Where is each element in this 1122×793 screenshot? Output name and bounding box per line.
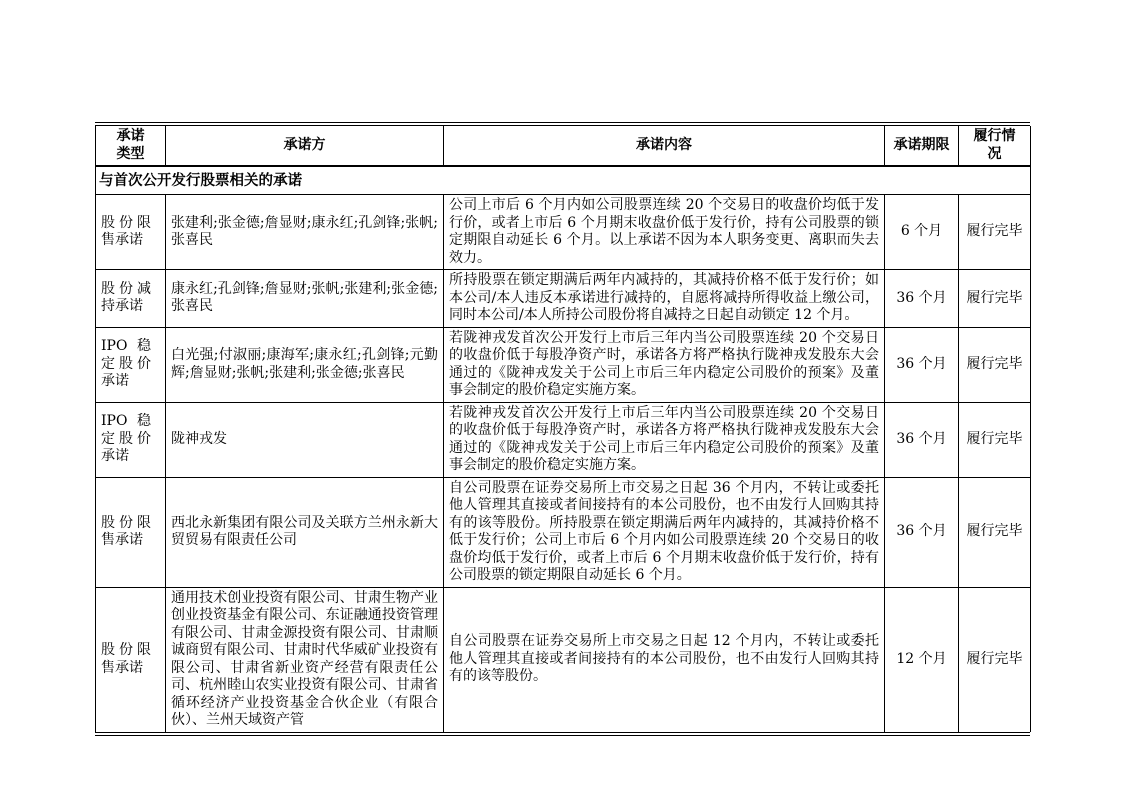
cell-commitment-content: 所持股票在锁定期满后两年内减持的，其减持价格不低于发行价；如本公司/本人违反本承… <box>444 270 885 328</box>
section-header-row: 与首次公开发行股票相关的承诺 <box>96 166 1031 195</box>
column-header-performance-status: 履行情况 <box>959 126 1031 166</box>
cell-commitment-type: IPO 稳定股价承诺 <box>96 402 166 477</box>
cell-commitment-period: 12 个月 <box>885 587 959 732</box>
column-header-commitment-content: 承诺内容 <box>444 126 885 166</box>
table-row: 股份限售承诺 西北永新集团有限公司及关联方兰州永新大贸贸易有限责任公司 自公司股… <box>96 477 1031 587</box>
table-row: IPO 稳定股价承诺 白光强;付淑丽;康海军;康永红;孔剑锋;元勤辉;詹显财;张… <box>96 327 1031 402</box>
cell-performance-status: 履行完毕 <box>959 327 1031 402</box>
cell-commitment-period: 36 个月 <box>885 402 959 477</box>
table-row: 股份减持承诺 康永红;孔剑锋;詹显财;张帆;张建利;张金德;张喜民 所持股票在锁… <box>96 270 1031 328</box>
cell-commitment-content: 自公司股票在证券交易所上市交易之日起 12 个月内，不转让或委托他人管理其直接或… <box>444 587 885 732</box>
table-header-row: 承诺类型 承诺方 承诺内容 承诺期限 履行情况 <box>96 126 1031 166</box>
cell-commitment-period: 36 个月 <box>885 327 959 402</box>
cell-performance-status: 履行完毕 <box>959 402 1031 477</box>
cell-commitment-period: 36 个月 <box>885 270 959 328</box>
cell-performance-status: 履行完毕 <box>959 270 1031 328</box>
cell-commitment-party: 白光强;付淑丽;康海军;康永红;孔剑锋;元勤辉;詹显财;张帆;张建利;张金德;张… <box>166 327 444 402</box>
cell-performance-status: 履行完毕 <box>959 477 1031 587</box>
cell-commitment-content: 自公司股票在证券交易所上市交易之日起 36 个月内，不转让或委托他人管理其直接或… <box>444 477 885 587</box>
cell-commitment-type: 股份限售承诺 <box>96 477 166 587</box>
cell-commitment-party: 西北永新集团有限公司及关联方兰州永新大贸贸易有限责任公司 <box>166 477 444 587</box>
column-header-commitment-period: 承诺期限 <box>885 126 959 166</box>
cell-commitment-period: 6 个月 <box>885 195 959 270</box>
cell-commitment-content: 若陇神戎发首次公开发行上市后三年内当公司股票连续 20 个交易日的收盘价低于每股… <box>444 327 885 402</box>
cell-commitment-type: 股份限售承诺 <box>96 587 166 732</box>
cell-performance-status: 履行完毕 <box>959 195 1031 270</box>
cell-commitment-type: IPO 稳定股价承诺 <box>96 327 166 402</box>
cell-commitment-party: 通用技术创业投资有限公司、甘肃生物产业创业投资基金有限公司、东证融通投资管理有限… <box>166 587 444 732</box>
column-header-commitment-type: 承诺类型 <box>96 126 166 166</box>
cell-commitment-type: 股份限售承诺 <box>96 195 166 270</box>
cell-commitment-party: 陇神戎发 <box>166 402 444 477</box>
table-row: IPO 稳定股价承诺 陇神戎发 若陇神戎发首次公开发行上市后三年内当公司股票连续… <box>96 402 1031 477</box>
page: { "table": { "columns": ["承诺类型", "承诺方", … <box>0 0 1122 793</box>
cell-commitment-content: 若陇神戎发首次公开发行上市后三年内当公司股票连续 20 个交易日的收盘价低于每股… <box>444 402 885 477</box>
column-header-commitment-party: 承诺方 <box>166 126 444 166</box>
cell-commitment-period: 36 个月 <box>885 477 959 587</box>
cell-performance-status: 履行完毕 <box>959 587 1031 732</box>
commitments-table: 承诺类型 承诺方 承诺内容 承诺期限 履行情况 与首次公开发行股票相关的承诺 股… <box>95 122 1030 736</box>
section-header-label: 与首次公开发行股票相关的承诺 <box>96 166 1031 195</box>
cell-commitment-party: 张建利;张金德;詹显财;康永红;孔剑锋;张帆;张喜民 <box>166 195 444 270</box>
cell-commitment-type: 股份减持承诺 <box>96 270 166 328</box>
table-row: 股份限售承诺 通用技术创业投资有限公司、甘肃生物产业创业投资基金有限公司、东证融… <box>96 587 1031 732</box>
cell-commitment-content: 公司上市后 6 个月内如公司股票连续 20 个交易日的收盘价均低于发行价，或者上… <box>444 195 885 270</box>
cell-commitment-party: 康永红;孔剑锋;詹显财;张帆;张建利;张金德;张喜民 <box>166 270 444 328</box>
table-row: 股份限售承诺 张建利;张金德;詹显财;康永红;孔剑锋;张帆;张喜民 公司上市后 … <box>96 195 1031 270</box>
